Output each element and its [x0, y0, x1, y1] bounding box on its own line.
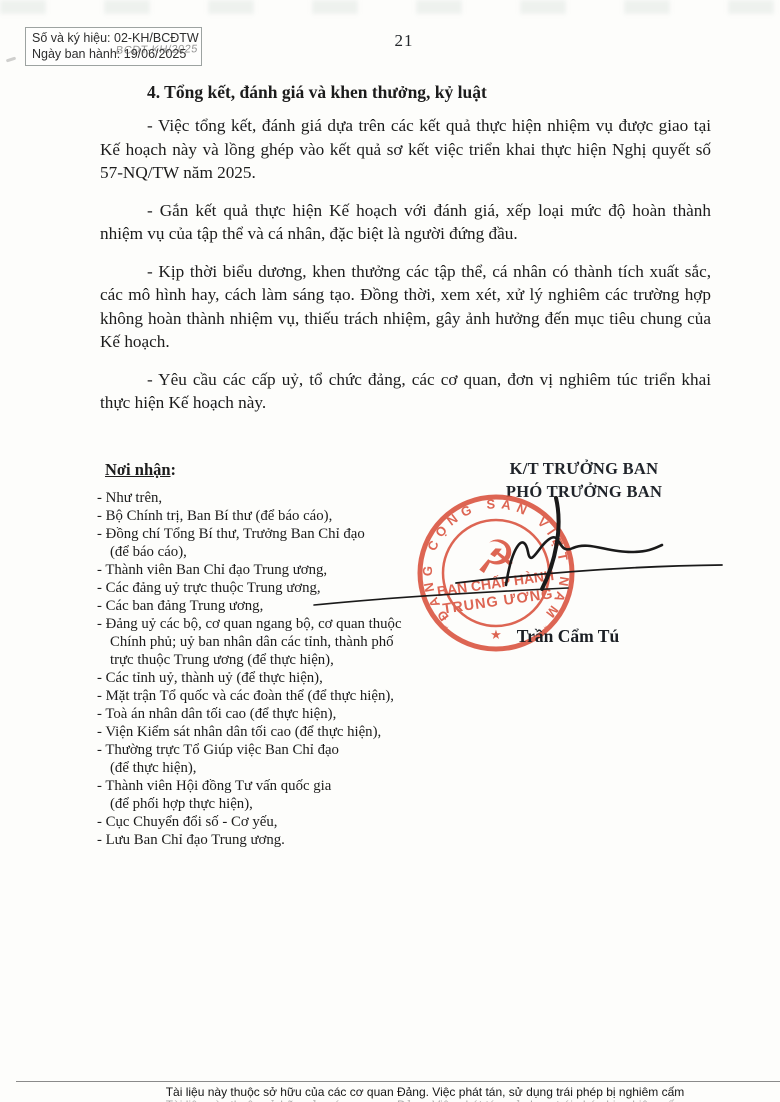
- recipient-line-continuation: (để phối hợp thực hiện),: [97, 795, 475, 813]
- recipient-line: - Toà án nhân dân tối cao (để thực hiện)…: [97, 705, 475, 723]
- recipient-line-continuation: (để thực hiện),: [97, 759, 475, 777]
- body-paragraph: - Gắn kết quả thực hiện Kế hoạch với đán…: [100, 199, 711, 246]
- recipient-line: - Các tỉnh uỷ, thành uỷ (để thực hiện),: [97, 669, 475, 687]
- footer-notice: Tài liệu này thuộc sở hữu của các cơ qua…: [70, 1085, 780, 1099]
- footer-ghost-line: Tài liệu này thuộc sở hữu của các cơ qua…: [70, 1098, 780, 1102]
- body-paragraph: - Kịp thời biểu dương, khen thưởng các t…: [100, 260, 711, 354]
- signature-underline-long: [456, 565, 722, 583]
- body-paragraph: - Yêu cầu các cấp uỷ, tổ chức đảng, các …: [100, 368, 711, 415]
- section-heading: 4. Tổng kết, đánh giá và khen thưởng, kỷ…: [100, 82, 712, 103]
- scan-smudge-top: [0, 0, 780, 14]
- footer-divider: [16, 1081, 780, 1082]
- body-paragraph: - Việc tổng kết, đánh giá dựa trên các k…: [100, 114, 711, 185]
- body-paragraphs: - Việc tổng kết, đánh giá dựa trên các k…: [100, 114, 711, 429]
- recipient-line: - Mặt trận Tổ quốc và các đoàn thể (để t…: [97, 687, 475, 705]
- page-number: 21: [28, 31, 780, 51]
- recipient-line: - Thành viên Hội đồng Tư vấn quốc gia: [97, 777, 475, 795]
- recipient-line: - Thường trực Tổ Giúp việc Ban Chỉ đạo: [97, 741, 475, 759]
- signature-underline-left: [314, 588, 568, 605]
- scanned-document-page: { "page_number": "21", "meta": { "doc_nu…: [0, 0, 780, 1102]
- signature-flourish-stroke: [506, 537, 662, 585]
- recipient-line: - Cục Chuyển đổi số - Cơ yếu,: [97, 813, 475, 831]
- recipient-line: - Lưu Ban Chỉ đạo Trung ương.: [97, 831, 475, 849]
- recipient-line: - Viện Kiểm sát nhân dân tối cao (để thự…: [97, 723, 475, 741]
- scan-artifact-mark: [6, 57, 16, 63]
- signer-name: Trần Cẩm Tú: [452, 626, 684, 647]
